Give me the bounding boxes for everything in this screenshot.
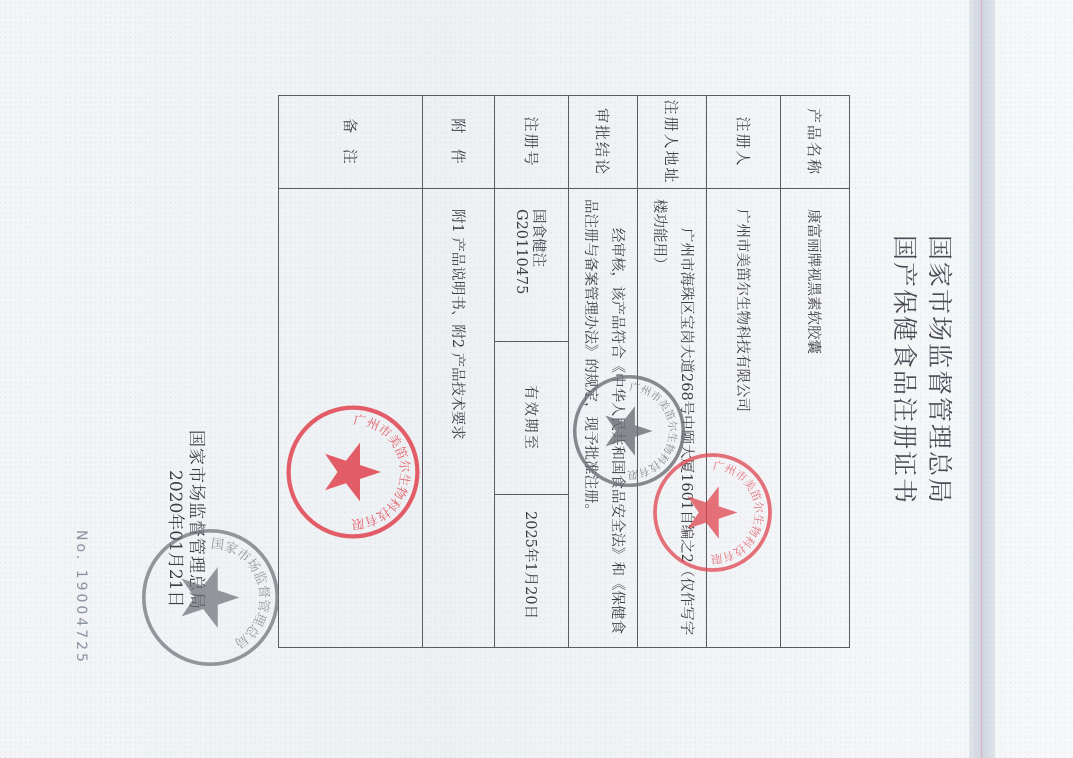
- product-name-value: 康富丽牌视黑素软胶囊: [781, 189, 850, 648]
- approval-conclusion-value: 经审核，该产品符合《中华人民共和国食品安全法》和《保健食品注册与备案管理办法》的…: [569, 189, 638, 648]
- registration-number-label: 注册号: [495, 96, 569, 189]
- row-registrant: 注册人 广州市美笛尔生物科技有限公司: [707, 96, 781, 648]
- approval-conclusion-label: 审批结论: [569, 96, 638, 189]
- row-remarks: 备 注: [279, 96, 423, 648]
- issuing-authority-title: 国家市场监督管理总局: [923, 235, 959, 505]
- product-name-label: 产品名称: [781, 96, 850, 189]
- serial-number: No. 19004725: [73, 530, 89, 665]
- scan-artifact-band: [969, 0, 995, 758]
- valid-until-value: 2025年1月20日: [495, 495, 569, 648]
- row-product-name: 产品名称 康富丽牌视黑素软胶囊: [781, 96, 850, 648]
- registration-number-value: 国食健注G20110475: [495, 189, 569, 342]
- row-registration-number: 注册号 国食健注G20110475 有效期至 2025年1月20日: [495, 96, 569, 648]
- row-attachments: 附 件 附1 产品说明书、附2 产品技术要求: [423, 96, 495, 648]
- valid-until-label: 有效期至: [495, 342, 569, 495]
- certificate-sheet: 国家市场监督管理总局 国产保健食品注册证书 产品名称 康富丽牌视黑素软胶囊 注册…: [0, 0, 1073, 758]
- remarks-value: [279, 189, 423, 648]
- certificate-title: 国产保健食品注册证书: [888, 235, 924, 505]
- issue-date: 2020年01月21日: [165, 470, 190, 608]
- row-registrant-address: 注册人地址 广州市海珠区宝岗大道268号中颐大厦1601自编之2（仅作写字楼功能…: [638, 96, 707, 648]
- remarks-label: 备 注: [279, 96, 423, 189]
- certificate-table: 产品名称 康富丽牌视黑素软胶囊 注册人 广州市美笛尔生物科技有限公司 注册人地址…: [278, 95, 850, 648]
- registrant-value: 广州市美笛尔生物科技有限公司: [707, 189, 781, 648]
- registrant-label: 注册人: [707, 96, 781, 189]
- attachments-value: 附1 产品说明书、附2 产品技术要求: [423, 189, 495, 648]
- attachments-label: 附 件: [423, 96, 495, 189]
- row-approval-conclusion: 审批结论 经审核，该产品符合《中华人民共和国食品安全法》和《保健食品注册与备案管…: [569, 96, 638, 648]
- registrant-address-value: 广州市海珠区宝岗大道268号中颐大厦1601自编之2（仅作写字楼功能用）: [638, 189, 707, 648]
- svg-text:国家市场监督管理总局: 国家市场监督管理总局: [210, 537, 272, 651]
- registrant-address-label: 注册人地址: [638, 96, 707, 189]
